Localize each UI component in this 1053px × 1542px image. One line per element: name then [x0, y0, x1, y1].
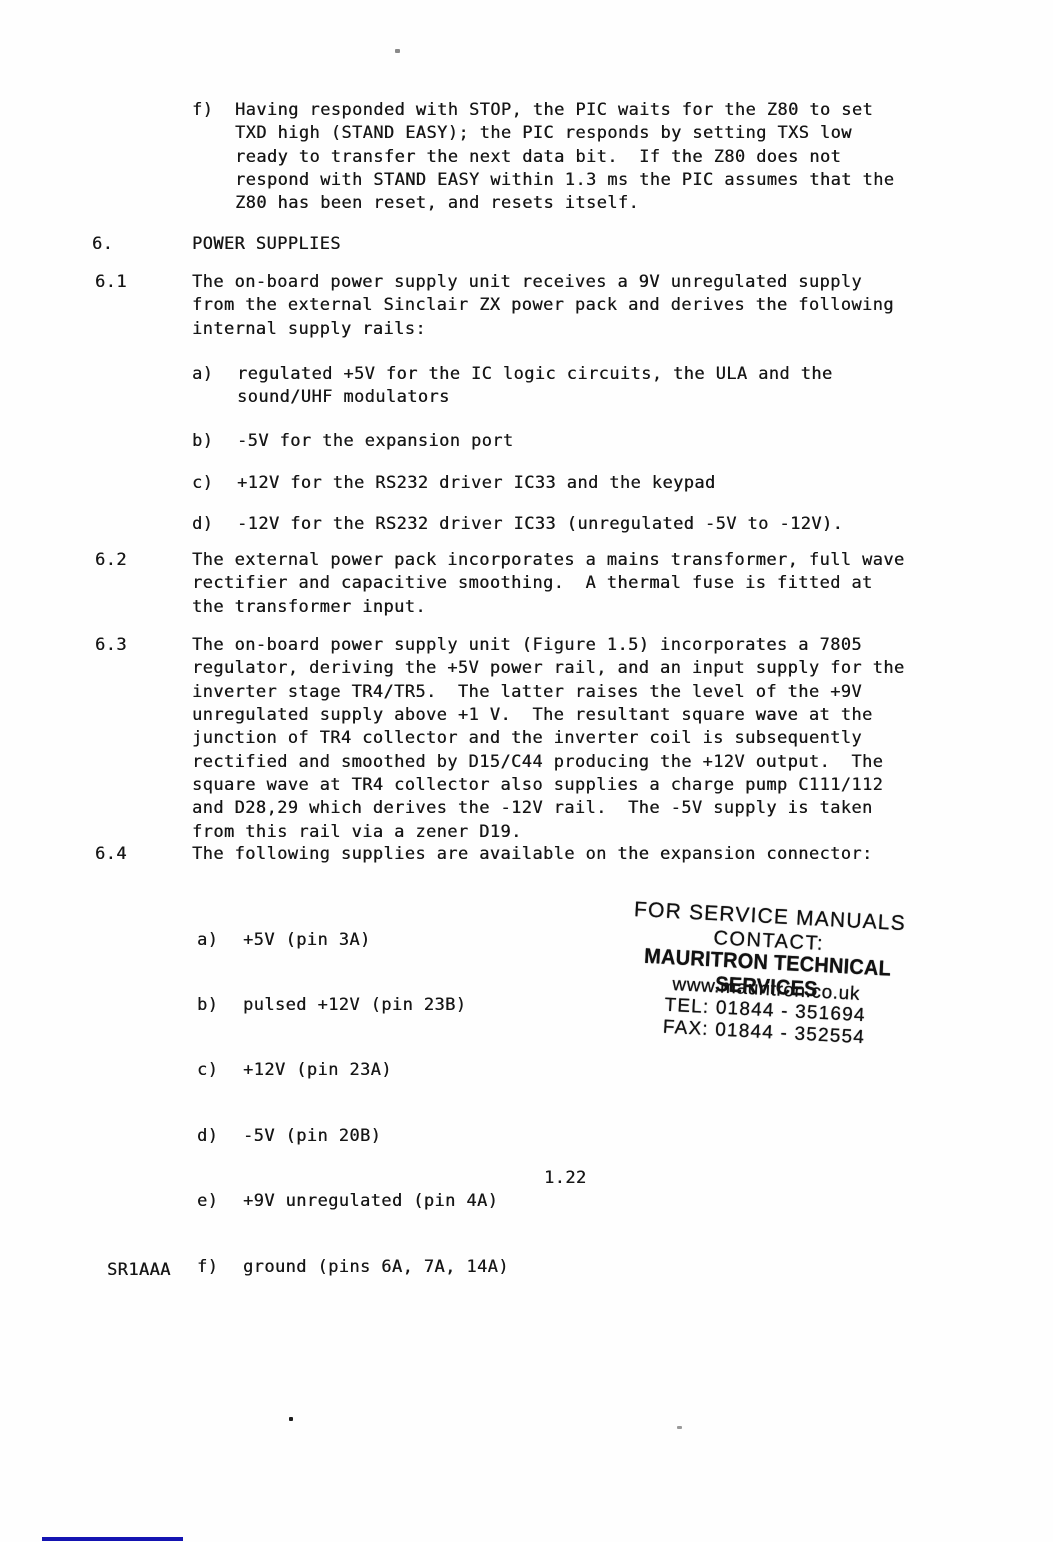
list-item-text: -5V (pin 20B): [243, 1126, 381, 1148]
rail-item-d-label: d): [192, 513, 213, 536]
list-item-label: e): [197, 1191, 243, 1213]
list-item-text: pulsed +12V (pin 23B): [243, 995, 466, 1017]
list-item-text: +12V (pin 23A): [243, 1060, 392, 1082]
list-item: d)-5V (pin 20B): [197, 1126, 509, 1148]
section-6-2-number: 6.2: [95, 549, 127, 572]
section-6-number: 6.: [92, 233, 113, 256]
doc-code: SR1AAA: [107, 1259, 171, 1282]
section-6-title: POWER SUPPLIES: [192, 233, 341, 256]
scan-speck: [289, 1417, 293, 1421]
section-6-1-number: 6.1: [95, 271, 127, 294]
list-item-label: d): [197, 1126, 243, 1148]
section-6-2-paragraph: The external power pack incorporates a m…: [192, 549, 905, 619]
list-item: c)+12V (pin 23A): [197, 1060, 509, 1082]
list-item: b)pulsed +12V (pin 23B): [197, 995, 509, 1017]
rail-item-d-text: -12V for the RS232 driver IC33 (unregula…: [237, 513, 843, 536]
rail-item-a-text: regulated +5V for the IC logic circuits,…: [237, 363, 833, 410]
section-6-4-number: 6.4: [95, 843, 127, 866]
scanned-manual-page: f) Having responded with STOP, the PIC w…: [0, 0, 1053, 1542]
connector-supply-list: a)+5V (pin 3A) b)pulsed +12V (pin 23B) c…: [197, 886, 509, 1322]
list-item: f)ground (pins 6A, 7A, 14A): [197, 1257, 509, 1279]
list-item-label: b): [197, 995, 243, 1017]
section-6-3-number: 6.3: [95, 634, 127, 657]
list-item-label: c): [197, 1060, 243, 1082]
list-item: a)+5V (pin 3A): [197, 930, 509, 952]
list-item-f-label: f): [192, 99, 213, 122]
section-6-1-paragraph: The on-board power supply unit receives …: [192, 271, 894, 341]
page-number: 1.22: [544, 1167, 587, 1190]
rail-item-c-text: +12V for the RS232 driver IC33 and the k…: [237, 472, 716, 495]
section-6-3-paragraph: The on-board power supply unit (Figure 1…: [192, 634, 905, 844]
list-item-label: a): [197, 930, 243, 952]
list-item-f-text: Having responded with STOP, the PIC wait…: [235, 99, 894, 216]
scan-speck: [395, 49, 400, 53]
list-item-text: +9V unregulated (pin 4A): [243, 1191, 498, 1213]
rail-item-b-label: b): [192, 430, 213, 453]
rail-item-c-label: c): [192, 472, 213, 495]
rail-item-a-label: a): [192, 363, 213, 386]
service-stamp: FOR SERVICE MANUALS CONTACT: MAURITRON T…: [594, 896, 941, 1053]
list-item-text: +5V (pin 3A): [243, 930, 371, 952]
list-item-text: ground (pins 6A, 7A, 14A): [243, 1257, 509, 1279]
scan-speck: [677, 1426, 682, 1429]
list-item: e)+9V unregulated (pin 4A): [197, 1191, 509, 1213]
section-6-4-paragraph: The following supplies are available on …: [192, 843, 873, 866]
scan-artifact-bar: [42, 1537, 183, 1541]
rail-item-b-text: -5V for the expansion port: [237, 430, 514, 453]
list-item-label: f): [197, 1257, 243, 1279]
